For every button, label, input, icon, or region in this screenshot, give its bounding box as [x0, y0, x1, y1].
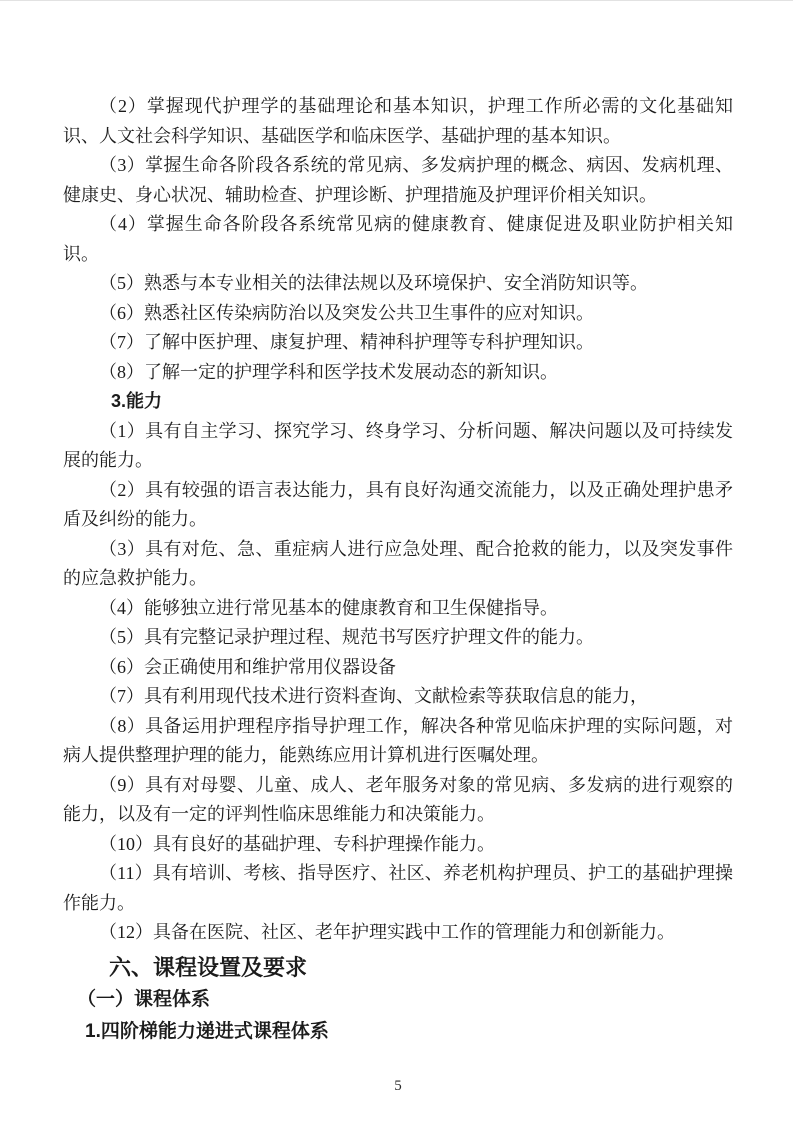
heading-section-6-curriculum: 六、课程设置及要求	[63, 952, 733, 984]
paragraph-knowledge-8: （8）了解一定的护理学科和医学技术发展动态的新知识。	[63, 358, 733, 388]
paragraph-knowledge-4: （4）掌握生命各阶段各系统常见病的健康教育、健康促进及职业防护相关知识。	[63, 210, 733, 269]
page-number: 5	[63, 1076, 733, 1096]
paragraph-ability-4: （4）能够独立进行常见基本的健康教育和卫生保健指导。	[63, 594, 733, 624]
paragraph-ability-7: （7）具有利用现代技术进行资料查询、文献检索等获取信息的能力，	[63, 682, 733, 712]
paragraph-ability-11: （11）具有培训、考核、指导医疗、社区、养老机构护理员、护工的基础护理操作能力。	[63, 859, 733, 918]
paragraph-ability-3: （3）具有对危、急、重症病人进行应急处理、配合抢救的能力，以及突发事件的应急救护…	[63, 535, 733, 594]
paragraph-ability-6: （6）会正确使用和维护常用仪器设备	[63, 653, 733, 683]
paragraph-knowledge-6: （6）熟悉社区传染病防治以及突发公共卫生事件的应对知识。	[63, 299, 733, 329]
paragraph-ability-5: （5）具有完整记录护理过程、规范书写医疗护理文件的能力。	[63, 623, 733, 653]
paragraph-ability-12: （12）具备在医院、社区、老年护理实践中工作的管理能力和创新能力。	[63, 918, 733, 948]
heading-curriculum-system: （一）课程体系	[63, 984, 733, 1016]
paragraph-ability-8: （8）具备运用护理程序指导护理工作，解决各种常见临床护理的实际问题，对病人提供整…	[63, 712, 733, 771]
paragraph-knowledge-2: （2）掌握现代护理学的基础理论和基本知识，护理工作所必需的文化基础知识、人文社会…	[63, 92, 733, 151]
paragraph-ability-2: （2）具有较强的语言表达能力，具有良好沟通交流能力，以及正确处理护患矛盾及纠纷的…	[63, 476, 733, 535]
paragraph-knowledge-5: （5）熟悉与本专业相关的法律法规以及环境保护、安全消防知识等。	[63, 269, 733, 299]
document-page: （2）掌握现代护理学的基础理论和基本知识，护理工作所必需的文化基础知识、人文社会…	[0, 0, 793, 1122]
paragraph-knowledge-3: （3）掌握生命各阶段各系统的常见病、多发病护理的概念、病因、发病机理、健康史、身…	[63, 151, 733, 210]
heading-four-step-curriculum: 1.四阶梯能力递进式课程体系	[63, 1016, 733, 1048]
paragraph-knowledge-7: （7）了解中医护理、康复护理、精神科护理等专科护理知识。	[63, 328, 733, 358]
heading-ability: 3.能力	[63, 387, 733, 417]
paragraph-ability-9: （9）具有对母婴、儿童、成人、老年服务对象的常见病、多发病的进行观察的能力，以及…	[63, 771, 733, 830]
paragraph-ability-1: （1）具有自主学习、探究学习、终身学习、分析问题、解决问题以及可持续发展的能力。	[63, 417, 733, 476]
paragraph-ability-10: （10）具有良好的基础护理、专科护理操作能力。	[63, 830, 733, 860]
